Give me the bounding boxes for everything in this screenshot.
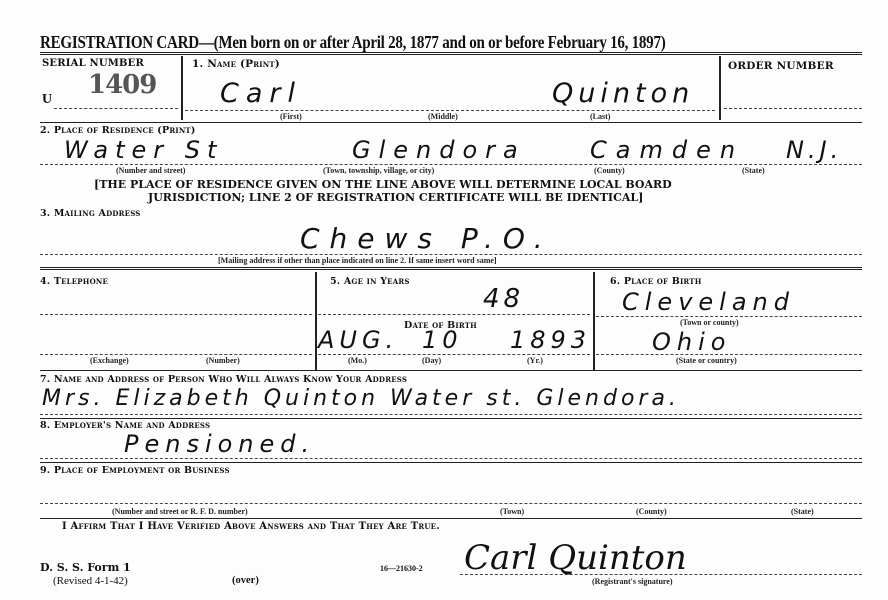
row-rule <box>40 518 862 519</box>
year-sub: (Yr.) <box>527 356 543 365</box>
residence-label: 2. Place of Residence (Print) <box>40 125 196 136</box>
telephone-line-1 <box>40 314 312 315</box>
divider <box>719 56 721 120</box>
employment-county-sub: (County) <box>636 507 667 516</box>
last-name-value: Quinton <box>552 78 694 109</box>
first-sub: (First) <box>280 112 302 121</box>
employment-street-sub: (Number and street or R. F. D. number) <box>112 507 248 516</box>
row-rule <box>40 122 862 123</box>
form-over: (over) <box>232 575 259 586</box>
serial-number-value: 1409 <box>88 70 156 100</box>
age-label: 5. Age in Years <box>330 276 410 287</box>
name-line <box>185 110 715 111</box>
residence-town: Glendora <box>352 136 526 164</box>
birthplace-line-2 <box>596 354 862 355</box>
last-sub: (Last) <box>590 112 610 121</box>
serial-prefix: U <box>42 92 52 108</box>
header-rule <box>40 52 862 55</box>
dob-month: AUG. <box>318 326 398 354</box>
telephone-label: 4. Telephone <box>40 276 108 287</box>
signature-line <box>460 574 862 575</box>
employment-place-label: 9. Place of Employment or Business <box>40 465 230 476</box>
row-rule <box>40 462 862 463</box>
serial-number-label: SERIAL NUMBER <box>42 58 144 69</box>
form-revised: (Revised 4-1-42) <box>53 575 128 587</box>
mailing-label: 3. Mailing Address <box>40 208 141 219</box>
order-number-label: ORDER NUMBER <box>728 60 834 72</box>
employment-place-line <box>40 503 862 504</box>
street-sub: (Number and street) <box>116 166 185 175</box>
residence-state: N.J. <box>786 136 842 164</box>
birthplace-town: Cleveland <box>622 288 795 316</box>
age-line <box>318 314 590 315</box>
divider <box>181 56 183 120</box>
birthplace-line-1 <box>596 316 862 317</box>
signature-sub: (Registrant's signature) <box>592 577 673 586</box>
town-sub: (Town, township, village, or city) <box>323 166 434 175</box>
contact-value: Mrs. Elizabeth Quinton Water st. Glendor… <box>42 386 680 411</box>
contact-line <box>40 414 862 415</box>
form-code: 16—21630-2 <box>380 564 423 573</box>
day-sub: (Day) <box>422 356 441 365</box>
contact-label: 7. Name and Address of Person Who Will A… <box>40 374 407 385</box>
card-title: REGISTRATION CARD—(Men born on or after … <box>40 32 665 53</box>
dob-day: 10 <box>422 326 463 354</box>
row-rule <box>40 370 862 371</box>
mailing-line <box>40 254 862 255</box>
serial-line <box>54 108 178 109</box>
employment-state-sub: (State) <box>791 507 814 516</box>
age-value: 48 <box>483 284 524 314</box>
registrant-signature: Carl Quinton <box>464 538 687 578</box>
birthplace-label: 6. Place of Birth <box>610 276 702 287</box>
section-rule <box>40 267 862 270</box>
first-name-value: Carl <box>220 78 302 109</box>
telephone-line-2 <box>40 354 312 355</box>
state-sub: (State) <box>742 166 765 175</box>
birthplace-town-sub: (Town or county) <box>680 318 739 327</box>
dob-line <box>318 354 590 355</box>
divider <box>593 272 595 370</box>
county-sub: (County) <box>594 166 625 175</box>
employment-town-sub: (Town) <box>500 507 524 516</box>
affirmation-text: I Affirm That I Have Verified Above Answ… <box>62 521 440 532</box>
row-rule <box>40 418 862 419</box>
dob-year: 1893 <box>510 326 591 354</box>
residence-notice-line1: [THE PLACE OF RESIDENCE GIVEN ON THE LIN… <box>94 178 672 191</box>
divider <box>315 272 317 370</box>
birthplace-state-sub: (State or country) <box>676 356 737 365</box>
mailing-sub: [Mailing address if other than place ind… <box>218 256 497 265</box>
residence-line <box>40 164 862 165</box>
employer-value: Pensioned. <box>124 430 315 458</box>
exchange-sub: (Exchange) <box>90 356 129 365</box>
name-label: 1. Name (Print) <box>192 58 280 70</box>
mailing-value: Chews P.O. <box>300 222 553 255</box>
employer-line <box>40 458 862 459</box>
residence-notice-line2: JURISDICTION; LINE 2 OF REGISTRATION CER… <box>148 191 643 204</box>
residence-street: Water St <box>64 136 223 164</box>
birthplace-state: Ohio <box>652 328 731 356</box>
residence-county: Camden <box>590 136 744 164</box>
number-sub: (Number) <box>206 356 240 365</box>
middle-sub: (Middle) <box>428 112 458 121</box>
form-name: D. S. S. Form 1 <box>40 561 131 574</box>
month-sub: (Mo.) <box>348 356 367 365</box>
order-number-line <box>724 108 862 109</box>
